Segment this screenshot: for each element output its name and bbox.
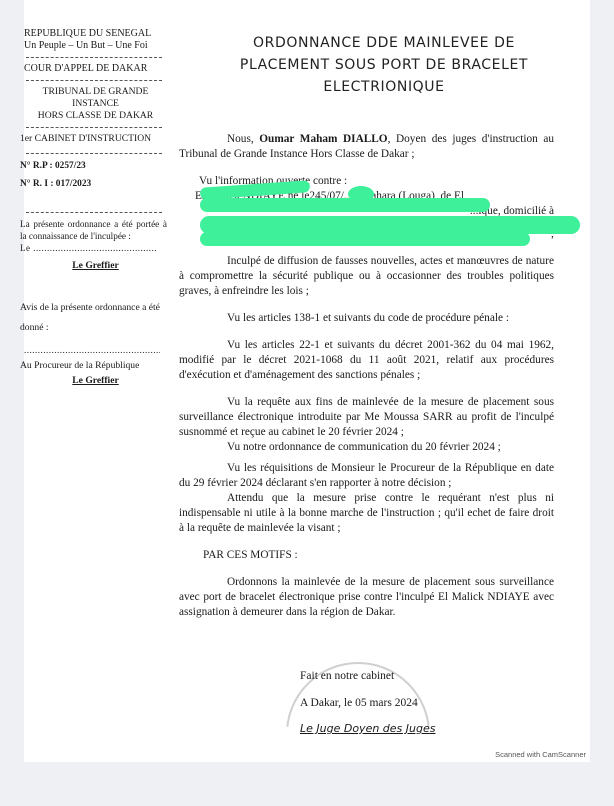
procureur: Au Procureur de la République: [20, 360, 167, 372]
notice-donne: donné :: [20, 322, 167, 334]
rp-number: N° R.P : 0257/23: [20, 160, 167, 172]
document-title: ORDONNANCE DDE MAINLEVEE DE PLACEMENT SO…: [199, 32, 569, 98]
intro-paragraph: Nous, Oumar Maham DIALLO, Doyen des juge…: [179, 132, 554, 162]
divider: [26, 80, 162, 81]
juge-title: Le Juge Doyen des Juges: [300, 719, 435, 738]
camscanner-watermark: Scanned with CamScanner: [495, 750, 586, 759]
title-line-3: ELECTRIONIQUE: [199, 76, 569, 98]
divider: [26, 153, 162, 154]
title-line-1: ORDONNANCE DDE MAINLEVEE DE: [199, 32, 569, 54]
divider: [26, 212, 162, 213]
motto: Un Peuple – Un But – Une Foi: [24, 40, 167, 52]
document-page: REPUBLIQUE DU SENEGAL Un Peuple – Un But…: [24, 0, 590, 762]
greffier-label-1: Le Greffier: [24, 260, 167, 272]
vu-requisitions: Vu les réquisitions de Monsieur le Procu…: [179, 461, 554, 491]
judge-name: Oumar Maham DIALLO: [259, 133, 387, 145]
ordonnons: Ordonnons la mainlevée de la mesure de p…: [179, 575, 554, 620]
vu-requete: Vu la requête aux fins de mainlevée de l…: [179, 395, 554, 440]
divider: [26, 57, 162, 58]
tribunal-2: INSTANCE: [24, 98, 167, 110]
lieu-date: A Dakar, le 05 mars 2024: [300, 694, 435, 713]
header-left: REPUBLIQUE DU SENEGAL Un Peuple – Un But…: [24, 28, 167, 387]
divider: [26, 127, 162, 128]
charge-paragraph: Inculpé de diffusion de fausses nouvelle…: [179, 254, 554, 299]
notice-avis: Avis de la présente ordonnance a été: [20, 302, 167, 314]
fait-en-cabinet: Fait en notre cabinet: [300, 667, 435, 686]
redaction-mark: [200, 198, 490, 212]
cabinet: 1er CABINET D'INSTRUCTION: [20, 133, 167, 145]
attendu: Attendu que la mesure prise contre le re…: [179, 491, 554, 536]
greffier-label-2: Le Greffier: [24, 375, 167, 387]
tribunal-3: HORS CLASSE DE DAKAR: [24, 110, 167, 122]
vu-decret: Vu les articles 22-1 et suivants du décr…: [179, 338, 554, 383]
ri-number: N° R. I : 017/2023: [20, 178, 167, 190]
notice-inculpe: La présente ordonnance a été portée à la…: [20, 218, 167, 242]
par-ces-motifs: PAR CES MOTIFS :: [179, 548, 554, 563]
notice-dots: ........................................…: [24, 344, 160, 356]
title-line-2: PLACEMENT SOUS PORT DE BRACELET: [199, 54, 569, 76]
country: REPUBLIQUE DU SENEGAL: [24, 28, 167, 40]
notice-date: Le .....................................…: [20, 242, 156, 254]
vu-ordonnance: Vu notre ordonnance de communication du …: [179, 440, 554, 455]
redaction-mark: [200, 232, 530, 246]
tribunal-1: TRIBUNAL DE GRANDE: [24, 86, 167, 98]
vu-articles: Vu les articles 138-1 et suivants du cod…: [179, 311, 554, 326]
signature-block: Fait en notre cabinet A Dakar, le 05 mar…: [300, 667, 435, 738]
court: COUR D'APPEL DE DAKAR: [24, 63, 167, 75]
